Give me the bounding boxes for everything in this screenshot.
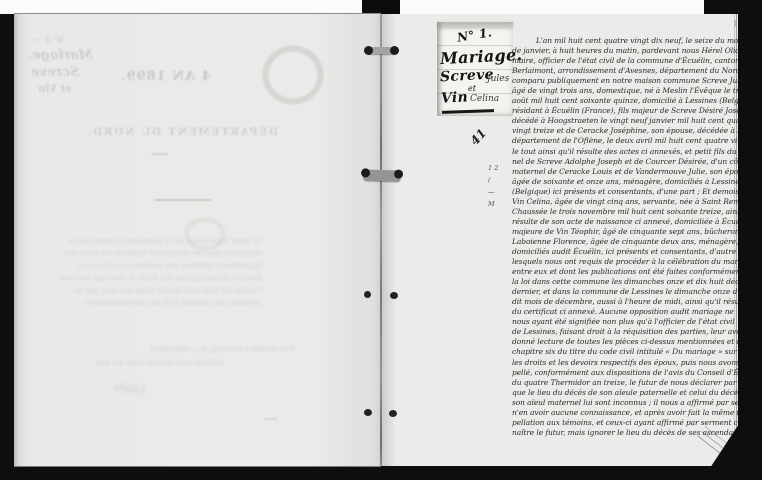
act-text-line: du quatre Thermidor an treize, le futur …	[512, 378, 740, 388]
ghost-dash	[265, 418, 277, 420]
ghost-margin-note-line: et Vin	[38, 84, 71, 95]
act-text-line: Berlaimont, arrondissement d'Avesnes, dé…	[512, 66, 740, 76]
act-text-line: décédé à Hoogstraeten le vingt neuf janv…	[512, 116, 740, 126]
ghost-small-rule	[152, 153, 168, 155]
act-text-line: (Belgique) ici présents et consentants, …	[512, 187, 740, 197]
act-text-line: de janvier, à huit heures du matin, pard…	[512, 46, 740, 56]
act-text-line: son aïeul maternel lui sont inconnus ; i…	[512, 398, 740, 408]
act-text-line: naître le futur, mais ignorer le lieu du…	[512, 428, 740, 438]
corner-page-stack-line	[697, 435, 740, 469]
act-text-line: août mil huit cent soixante quinze, domi…	[512, 96, 740, 106]
margin-annotation-label: N° 1. Mariage. Screve Jules et Vin Celin…	[437, 22, 513, 116]
ghost-paragraph-line: dispositions relatives aux registres de …	[60, 260, 262, 272]
act-text-line: nous ayant été signifiée non plus qu'à l…	[512, 317, 740, 327]
act-text-line: les droits et les devoirs respectifs des…	[512, 358, 740, 368]
conjunction-et: et	[468, 84, 476, 93]
act-text-line: le tout ainsi qu'il résulte des actes ci…	[512, 147, 740, 157]
groom-firstname: Jules	[487, 74, 509, 84]
act-text-line: résidant à Écuélin (France), fils majeur…	[512, 106, 740, 116]
stitch-hole-dot	[364, 409, 372, 416]
act-text-line: entre eux et dont les publications ont é…	[512, 267, 740, 277]
binding-stitch-thread	[363, 169, 401, 181]
bride-firstname: Celina	[470, 94, 499, 104]
act-text-line: comparu publiquement en notre maison com…	[512, 76, 740, 86]
act-text-line: maternel de Ceracke Louis et de Vandermo…	[512, 167, 740, 177]
ghost-paragraph-line: président du tribunal civil de l'arrondi…	[60, 297, 262, 309]
stitch-hole-dot	[389, 410, 397, 417]
ghost-closing-line: Fait double à Avesnes, le — décembre	[150, 344, 294, 353]
act-text-line: Vin Celina, âgée de vingt cinq ans, serv…	[512, 197, 740, 207]
act-text-line: pellation aux témoins, et ceux-ci ayant …	[512, 418, 740, 428]
act-text-line: L'an mil huit cent quatre vingt dix neuf…	[512, 36, 740, 46]
ghost-margin-note-line: Mariage.	[28, 48, 93, 63]
act-text-line: maire, officier de l'état civil de la co…	[512, 56, 740, 66]
act-text-line: n'en avoir aucune connaissance, et après…	[512, 408, 740, 418]
act-text-line: du certificat ci annexé. Aucune oppositi…	[512, 307, 740, 317]
act-text-line: Chaussée le trois novembre mil huit cent…	[512, 207, 740, 217]
binding-clamp-tab	[362, 0, 400, 14]
act-text-line: donné lecture de toutes les pièces ci-de…	[512, 337, 740, 347]
margin-stray-mark: 1 2	[488, 162, 498, 174]
marriage-act-text: L'an mil huit cent quatre vingt dix neuf…	[512, 36, 740, 438]
ghost-closing-line: mil huit cent quatre vingt dix huit	[95, 358, 224, 367]
binding-gutter-crease	[380, 14, 382, 466]
act-number: N° 1.	[456, 25, 493, 44]
ghost-seal-stamp-small	[185, 218, 225, 250]
groom-surname: Screve	[440, 67, 495, 86]
page-number: 1	[733, 20, 737, 28]
margin-stray-marks: 1 2(—M	[488, 162, 498, 210]
margin-stray-mark: (	[488, 174, 498, 186]
ghost-signature: Olide	[112, 380, 146, 399]
act-text-line: pellé, conformément aux dispositions de …	[512, 368, 740, 378]
act-text-line: vingt treize et de Ceracke Joséphine, so…	[512, 126, 740, 136]
margin-stray-mark: M	[488, 198, 498, 210]
folio-number: 41	[468, 126, 490, 148]
ghost-department-heading: DÉPARTEMENT DU NORD.	[78, 126, 278, 138]
ghost-year-line: 4 AN 1899.	[120, 69, 211, 84]
act-text-line: résulte de son acte de naissance ci anne…	[512, 217, 740, 227]
act-text-line: la loi dans cette commune les dimanches …	[512, 277, 740, 287]
ghost-paragraph-line: destinés à l'inscription des actes de ma…	[60, 272, 262, 284]
ghost-paragraph: Vu pour légalisation de la signature du …	[60, 235, 262, 309]
stitch-hole-dot	[390, 292, 398, 299]
act-text-line: dit mois de décembre, aussi à l'heure de…	[512, 297, 740, 307]
act-text-line: de Lessines, faisant droit à la réquisit…	[512, 327, 740, 337]
ghost-paragraph-line: commune apposée au présent registre, en …	[60, 247, 262, 259]
act-text-line: âgé de vingt trois ans, domestique, né à…	[512, 86, 740, 96]
act-text-line: que le lieu du décès de son aïeule pater…	[512, 388, 740, 398]
bride-surname: Vin	[441, 89, 469, 106]
binding-stitch-thread	[366, 47, 397, 54]
scanned-register-spread: N° 2 — Mariage. Screve et Vin 4 AN 1899.…	[0, 0, 762, 480]
ghost-margin-note-line: N° 2 —	[34, 34, 64, 44]
annotation-underline	[442, 109, 494, 114]
act-text-line: âgée de soixante et onze ans, ménagère, …	[512, 177, 740, 187]
act-text-line: domiciliés audit Écuélin, ici présents e…	[512, 247, 740, 257]
act-text-line: majeure de Vin Téophir, âgé de cinquante…	[512, 227, 740, 237]
ghost-margin-note-line: Screve	[31, 65, 79, 80]
margin-stray-mark: —	[488, 186, 498, 198]
act-text-line: chapitre six du titre du code civil inti…	[512, 347, 740, 357]
act-text-line: dernier, et dans la commune de Lessines …	[512, 287, 740, 297]
stitch-hole-dot	[364, 291, 371, 298]
act-text-line: lesquels nous ont requis de procéder à l…	[512, 257, 740, 267]
ghost-paragraph-line: Vu pour légalisation de la signature du …	[60, 235, 262, 247]
ghost-seal-stamp	[263, 46, 323, 104]
ghost-center-rule	[155, 199, 211, 201]
ghost-paragraph-line: l'année mil huit cent quatre vingt dix n…	[60, 285, 262, 297]
right-page: 1 N° 1. Mariage. Screve Jules et Vin Cel…	[382, 14, 738, 466]
act-text-line: département de l'Oflène, le deux avril m…	[512, 136, 740, 146]
act-text-line: nel de Screve Adolphe Joseph et de Courc…	[512, 157, 740, 167]
act-type-title: Mariage.	[440, 45, 523, 68]
act-text-line: Laboienne Florence, âgée de cinquante de…	[512, 237, 740, 247]
scanner-top-margin	[0, 0, 704, 14]
left-page: N° 2 — Mariage. Screve et Vin 4 AN 1899.…	[14, 14, 381, 466]
